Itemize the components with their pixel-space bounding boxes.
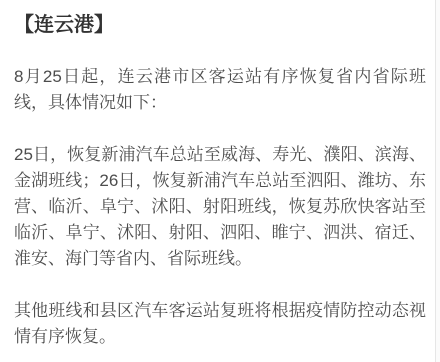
paragraph-intro: 8月25日起，连云港市区客运站有序恢复省内省际班线，具体情况如下： [14, 64, 426, 116]
page-title: 【连云港】 [14, 12, 426, 38]
article-content: 【连云港】 8月25日起，连云港市区客运站有序恢复省内省际班线，具体情况如下： … [0, 0, 440, 350]
right-edge-divider [435, 0, 440, 362]
paragraph-other-routes: 其他班线和县区汽车客运站复班将根据疫情防控动态视情有序恢复。 [14, 298, 426, 350]
paragraph-restored-routes: 25日，恢复新浦汽车总站至威海、寿光、濮阳、滨海、金湖班线；26日，恢复新浦汽车… [14, 142, 426, 272]
